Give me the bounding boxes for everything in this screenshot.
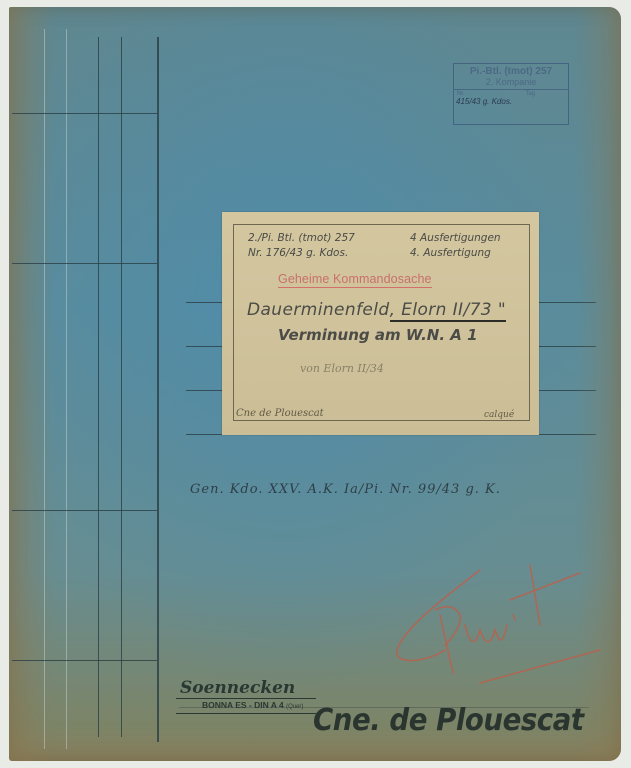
stamp-field-tag: Tag: [525, 91, 535, 97]
ruling-line: [12, 510, 157, 511]
footer-left-note: Cne de Plouescat: [236, 408, 324, 419]
stamp-line-1: Pi.-Btl. (tmot) 257: [454, 66, 568, 77]
document-subtitle: Verminung am W.N. A 1: [278, 326, 478, 344]
red-signature: [385, 555, 605, 685]
unit-designation: 2./Pi. Btl. (tmot) 257: [248, 232, 355, 244]
ruling-line: [12, 263, 157, 264]
document-title: Dauerminenfeld, Elorn II/73 ": [247, 300, 506, 320]
ruling-line: [12, 660, 157, 661]
brand-name: Soennecken: [180, 678, 316, 698]
ruling-line: [44, 29, 45, 749]
product-name: BONNA ES - DIN A 4 (Quer): [202, 699, 316, 713]
copy-number: 4. Ausfertigung: [410, 247, 491, 259]
ruling-line: [157, 37, 159, 742]
classification-stamp: Geheime Kommandosache: [278, 272, 432, 288]
place-name: Cne. de Plouescat: [313, 703, 584, 738]
pencil-note: von Elorn II/34: [300, 362, 384, 375]
reference-handwriting: Gen. Kdo. XXV. A.K. Ia/Pi. Nr. 99/43 g. …: [190, 482, 501, 497]
manufacturer-mark: Soennecken BONNA ES - DIN A 4 (Quer): [176, 678, 316, 714]
ruling-line: [98, 37, 99, 737]
stamp-entry: 415/43 g. Kdos.: [454, 97, 568, 106]
title-name: , Elorn II/73 ": [390, 300, 506, 322]
brand-line: [176, 713, 316, 714]
ruling-line: [121, 37, 122, 737]
ruling-line: [66, 29, 67, 749]
unit-stamp: Pi.-Btl. (tmot) 257 2. Kompanie Nr. Tag …: [453, 63, 569, 125]
document-label: 2./Pi. Btl. (tmot) 257 Nr. 176/43 g. Kdo…: [222, 212, 539, 435]
stamp-line-2: 2. Kompanie: [454, 77, 568, 90]
ruling-line: [12, 113, 157, 114]
copies-total: 4 Ausfertigungen: [410, 232, 501, 244]
title-prefix: Dauerminenfeld: [247, 300, 390, 320]
footer-right-note: calqué: [484, 410, 514, 420]
document-number: Nr. 176/43 g. Kdos.: [248, 247, 348, 259]
